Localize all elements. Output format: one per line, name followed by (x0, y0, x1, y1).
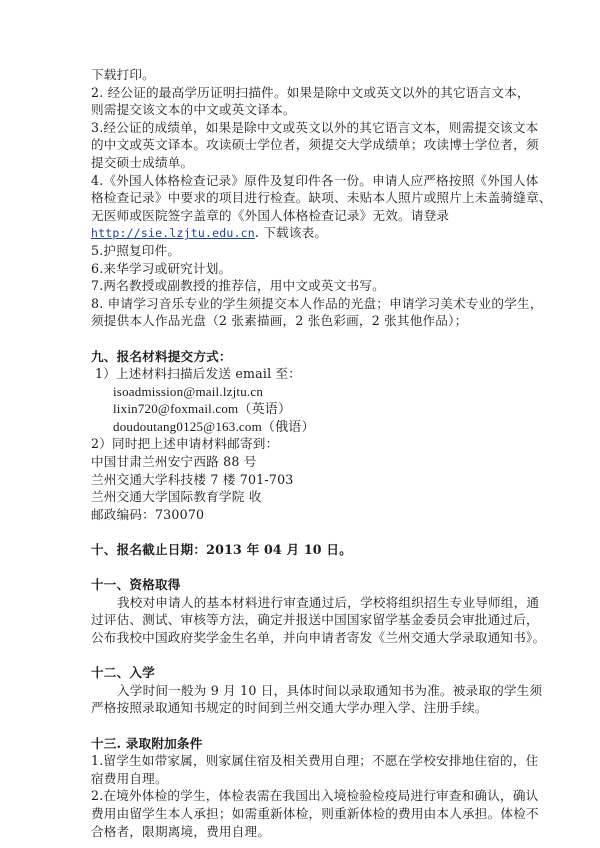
address-line: 邮政编码：730070 (91, 506, 511, 524)
text-line: 2.在境外体检的学生，体检表需在我国出入境检验检疫局进行审查和确认，确认 (91, 787, 511, 805)
link-line-suffix: . 下载该表。 (255, 225, 327, 240)
text-line: 则需提交该文本的中文或英文译本。 (91, 101, 511, 119)
university-website-link[interactable]: http://sie.lzjtu.edu.cn (91, 226, 255, 240)
email-address: isoadmission@mail.lzjtu.cn (91, 383, 511, 401)
text-line: 过评估、测试、审核等方法，确定并报送中国国家留学基金委员会审批通过后， (91, 611, 511, 629)
address-line: 兰州交通大学科技楼 7 楼 701-703 (91, 471, 511, 489)
text-line: 无医师或医院签字盖章的《外国人体格检查记录》无效。请登录 (91, 207, 511, 225)
text-line: 公布我校中国政府奖学金生名单，并向申请者寄发《兰州交通大学录取通知书》。 (91, 629, 511, 647)
email-address: lixin720@foxmail.com（英语） (91, 400, 511, 418)
text-line: 的中文或英文译本。攻读硕士学位者，须提交大学成绩单；攻读博士学位者，须 (91, 136, 511, 154)
text-line: 3.经公证的成绩单，如果是除中文或英文以外的其它语言文本，则需提交该文本 (91, 119, 511, 137)
document-page: 下载打印。 2. 经公证的最高学历证明扫描件。如果是除中文或英文以外的其它语言文… (91, 66, 511, 840)
text-line: 1.留学生如带家属，则家属住宿及相关费用自理；不愿在学校安排地住宿的，住 (91, 752, 511, 770)
section-heading: 九、报名材料提交方式： (91, 348, 511, 366)
text-line: 须提供本人作品光盘（2 张素描画，2 张色彩画，2 张其他作品）； (91, 312, 511, 330)
address-line: 兰州交通大学国际教育学院 收 (91, 488, 511, 506)
section-heading: 十三. 录取附加条件 (91, 735, 511, 753)
text-line: 5.护照复印件。 (91, 242, 511, 260)
text-line: 8. 申请学习音乐专业的学生须提交本人作品的光盘；申请学习美术专业的学生， (91, 295, 511, 313)
text-line: 7.两名教授或副教授的推荐信，用中文或英文书写。 (91, 277, 511, 295)
address-line: 中国甘肃兰州安宁西路 88 号 (91, 453, 511, 471)
text-line: 我校对申请人的基本材料进行审查通过后，学校将组织招生专业导师组，通 (91, 594, 511, 612)
text-line: 2）同时把上述申请材料邮寄到： (91, 435, 511, 453)
link-line: http://sie.lzjtu.edu.cn. 下载该表。 (91, 224, 511, 242)
email-address: doudoutang0125@163.com（俄语） (91, 418, 511, 436)
section-heading: 十一、资格取得 (91, 576, 511, 594)
text-line: 2. 经公证的最高学历证明扫描件。如果是除中文或英文以外的其它语言文本， (91, 84, 511, 102)
text-line: 严格按照录取通知书规定的时间到兰州交通大学办理入学、注册手续。 (91, 699, 511, 717)
text-line: 费用由留学生本人承担；如需重新体检，则重新体检的费用由本人承担。体检不 (91, 805, 511, 823)
section-heading: 十、报名截止日期：2013 年 04 月 10 日。 (91, 541, 511, 559)
text-line: 合格者，限期离境，费用自理。 (91, 823, 511, 841)
text-line: 6.来华学习或研究计划。 (91, 260, 511, 278)
text-line: 宿费用自理。 (91, 770, 511, 788)
section-heading: 十二、入学 (91, 664, 511, 682)
text-line: 格检查记录》中要求的项目进行检查。缺项、未贴本人照片或照片上未盖骑缝章、 (91, 189, 511, 207)
text-line: 入学时间一般为 9 月 10 日，具体时间以录取通知书为准。被录取的学生须 (91, 682, 511, 700)
text-line: 下载打印。 (91, 66, 511, 84)
text-line: 4.《外国人体格检查记录》原件及复印件各一份。申请人应严格按照《外国人体 (91, 172, 511, 190)
text-line: 1）上述材料扫描后发送 email 至： (91, 365, 511, 383)
text-line: 提交硕士成绩单。 (91, 154, 511, 172)
